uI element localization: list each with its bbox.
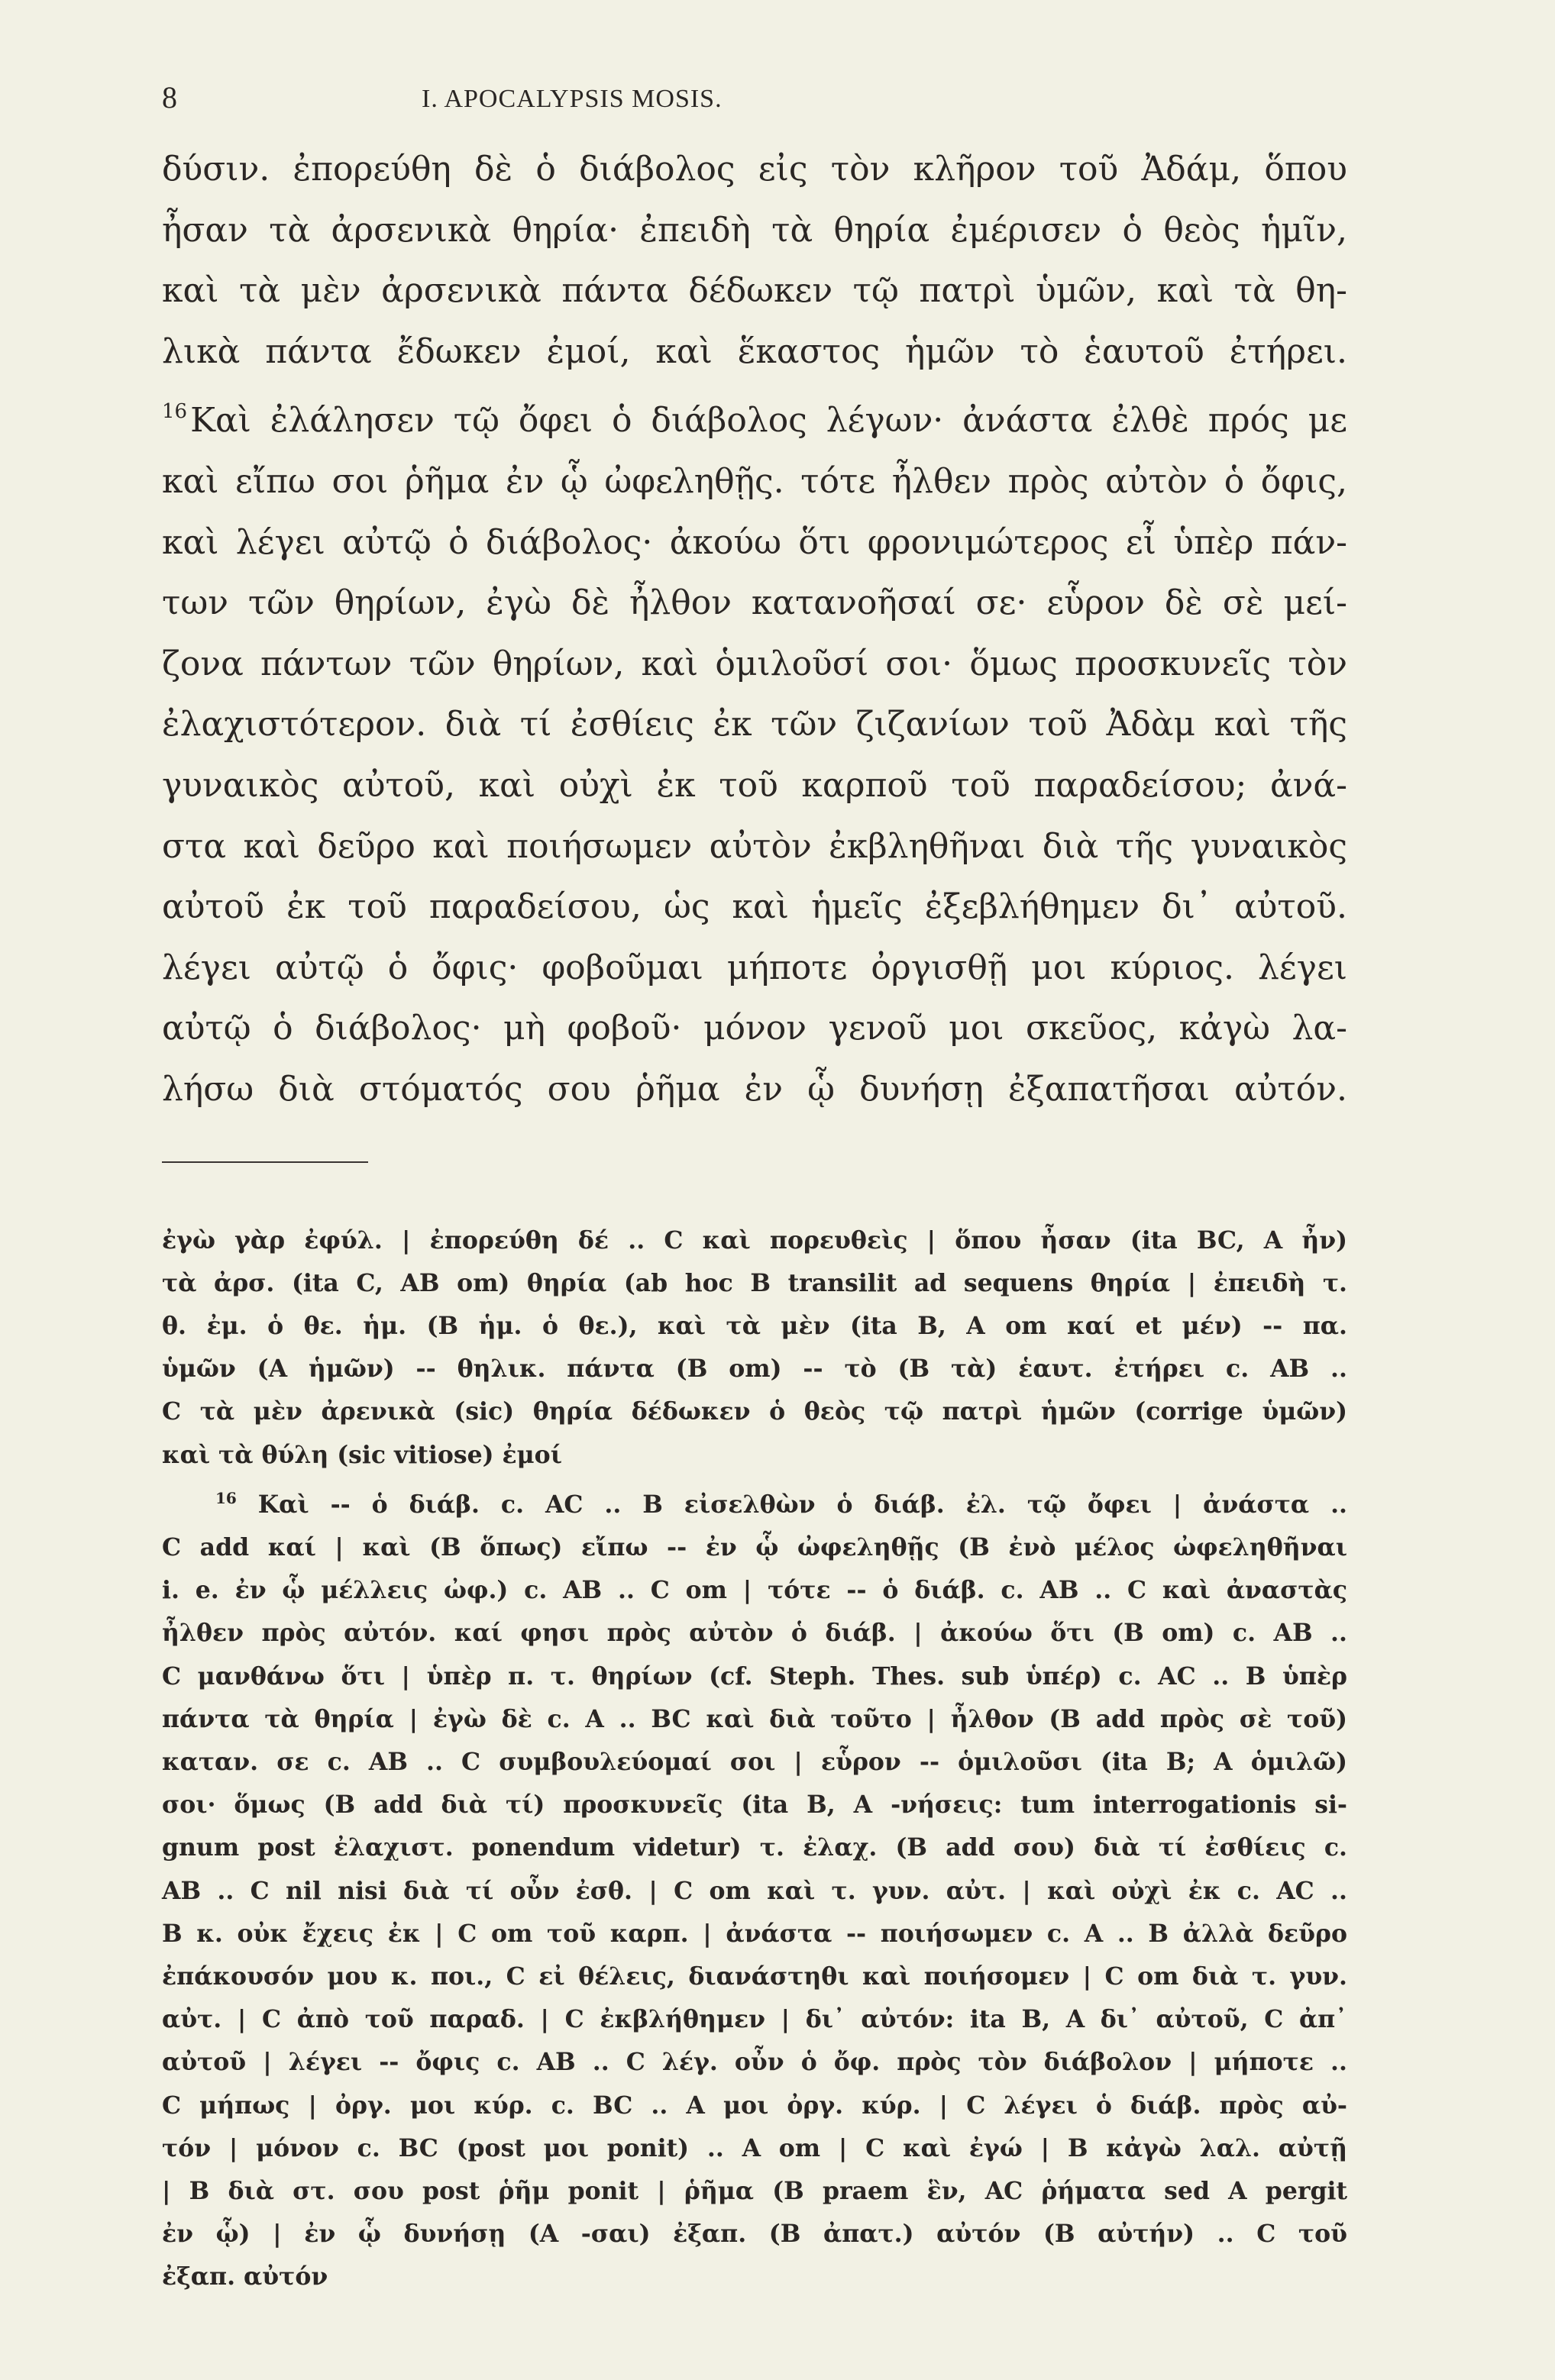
apparatus-line: C μήπως | ὀργ. μοι κύρ. c. BC .. A μοι ὀ… [162,2085,1347,2127]
apparatus-line: ἐν ᾧ) | ἐν ᾧ δυνήσῃ (A -σαι) ἐξαπ. (B ἀπ… [162,2213,1347,2256]
apparatus-line: πάντα τὰ θηρία | ἐγὼ δὲ c. A .. BC καὶ δ… [162,1698,1347,1741]
apparatus-line: σοι· ὅμως (B add διὰ τί) προσκυνεῖς (ita… [162,1784,1347,1826]
apparatus-line: τόν | μόνον c. BC (post μοι ponit) .. A … [162,2127,1347,2170]
apparatus-line: αὐτοῦ | λέγει -- ὄφις c. AB .. C λέγ. οὖ… [162,2041,1347,2084]
main-line: στα καὶ δεῦρο καὶ ποιήσωμεν αὐτὸν ἐκβληθ… [162,816,1347,877]
apparatus-line: τὰ ἀρσ. (ita C, AB om) θηρία (ab hoc B t… [162,1262,1347,1305]
apparatus-line: gnum post ἐλαχιστ. ponendum videtur) τ. … [162,1826,1347,1869]
main-line: ἦσαν τὰ ἀρσενικὰ θηρία· ἐπειδὴ τὰ θηρία … [162,200,1347,261]
page-number: 8 [162,79,177,116]
apparatus-line: i. e. ἐν ᾧ μέλλεις ὠφ.) c. AB .. C om | … [162,1569,1347,1612]
apparatus-line: ἐγὼ γὰρ ἐφύλ. | ἐπορεύθη δέ .. C καὶ πορ… [162,1219,1347,1262]
apparatus-line-text: Καὶ -- ὁ διάβ. c. AC .. B εἰσελθὼν ὁ διά… [258,1490,1347,1519]
apparatus-line: καὶ τὰ θύλη (sic vitiose) ἐμοί [162,1434,1347,1477]
footnote-separator [162,1161,368,1163]
apparatus-line: θ. ἐμ. ὁ θε. ἡμ. (B ἡμ. ὁ θε.), καὶ τὰ μ… [162,1305,1347,1348]
main-greek-text: δύσιν. ἐπορεύθη δὲ ὁ διάβολος εἰς τὸν κλ… [162,139,1347,1120]
apparatus-section-number: 16 [215,1489,237,1507]
verse-line: 16Καὶ ἐλάλησεν τῷ ὄφει ὁ διάβολος λέγων·… [162,382,1347,451]
main-line: των τῶν θηρίων, ἐγὼ δὲ ἦλθον κατανοῆσαί … [162,573,1347,634]
apparatus-line: | B διὰ στ. σου post ῥῆμ ponit | ῥῆμα (B… [162,2170,1347,2213]
apparatus-line: AB .. C nil nisi διὰ τί οὖν ἐσθ. | C om … [162,1870,1347,1913]
main-line: καὶ λέγει αὐτῷ ὁ διάβολος· ἀκούω ὅτι φρο… [162,512,1347,573]
apparatus-line: C τὰ μὲν ἀρενικὰ (sic) θηρία δέδωκεν ὁ θ… [162,1390,1347,1433]
apparatus-line: B κ. οὐκ ἔχεις ἐκ | C om τοῦ καρπ. | ἀνά… [162,1913,1347,1955]
critical-apparatus: ἐγὼ γὰρ ἐφύλ. | ἐπορεύθη δέ .. C καὶ πορ… [162,1219,1347,2299]
main-line: λικὰ πάντα ἔδωκεν ἐμοί, καὶ ἕκαστος ἡμῶν… [162,321,1347,383]
apparatus-line: αὐτ. | C ἀπὸ τοῦ παραδ. | C ἐκβλήθημεν |… [162,1998,1347,2041]
apparatus-line: ὑμῶν (A ἡμῶν) -- θηλικ. πάντα (B om) -- … [162,1348,1347,1390]
running-title: I. APOCALYPSIS MOSIS. [422,84,723,115]
main-line: ἐλαχιστότερον. διὰ τί ἐσθίεις ἐκ τῶν ζιζ… [162,694,1347,755]
running-head: 8 I. APOCALYPSIS MOSIS. [162,76,1347,122]
main-line: λήσω διὰ στόματός σου ῥῆμα ἐν ᾧ δυνήσῃ ἐ… [162,1059,1347,1120]
apparatus-line: ἐπάκουσόν μου κ. ποι., C εἰ θέλεις, διαν… [162,1955,1347,1998]
main-line-text: Καὶ ἐλάλησεν τῷ ὄφει ὁ διάβολος λέγων· ἀ… [190,401,1347,440]
apparatus-line: ἦλθεν πρὸς αὐτόν. καί φησι πρὸς αὐτὸν ὁ … [162,1612,1347,1655]
main-line: αὐτῷ ὁ διάβολος· μὴ φοβοῦ· μόνον γενοῦ μ… [162,998,1347,1059]
main-line: καὶ τὰ μὲν ἀρσενικὰ πάντα δέδωκεν τῷ πατ… [162,260,1347,321]
apparatus-line: ἐξαπ. αὐτόν [162,2256,1347,2298]
main-line: γυναικὸς αὐτοῦ, καὶ οὐχὶ ἐκ τοῦ καρποῦ τ… [162,755,1347,816]
apparatus-line: καταν. σε c. AB .. C συμβουλεύομαί σοι |… [162,1741,1347,1784]
main-line: ζονα πάντων τῶν θηρίων, καὶ ὁμιλοῦσί σοι… [162,634,1347,695]
main-line: δύσιν. ἐπορεύθη δὲ ὁ διάβολος εἰς τὸν κλ… [162,139,1347,200]
main-line: λέγει αὐτῷ ὁ ὄφις· φοβοῦμαι μήποτε ὀργισ… [162,938,1347,999]
main-line: καὶ εἴπω σοι ῥῆμα ἐν ᾧ ὠφεληθῇς. τότε ἦλ… [162,451,1347,512]
apparatus-line: C μανθάνω ὅτι | ὑπὲρ π. τ. θηρίων (cf. S… [162,1655,1347,1698]
apparatus-section-line: 16 Καὶ -- ὁ διάβ. c. AC .. B εἰσελθὼν ὁ … [162,1477,1347,1526]
verse-number: 16 [162,400,187,423]
book-page: 8 I. APOCALYPSIS MOSIS. δύσιν. ἐπορεύθη … [162,76,1347,2299]
apparatus-line: C add καί | καὶ (B ὅπως) εἴπω -- ἐν ᾧ ὠφ… [162,1526,1347,1569]
main-line: αὐτοῦ ἐκ τοῦ παραδείσου, ὡς καὶ ἡμεῖς ἐξ… [162,877,1347,938]
